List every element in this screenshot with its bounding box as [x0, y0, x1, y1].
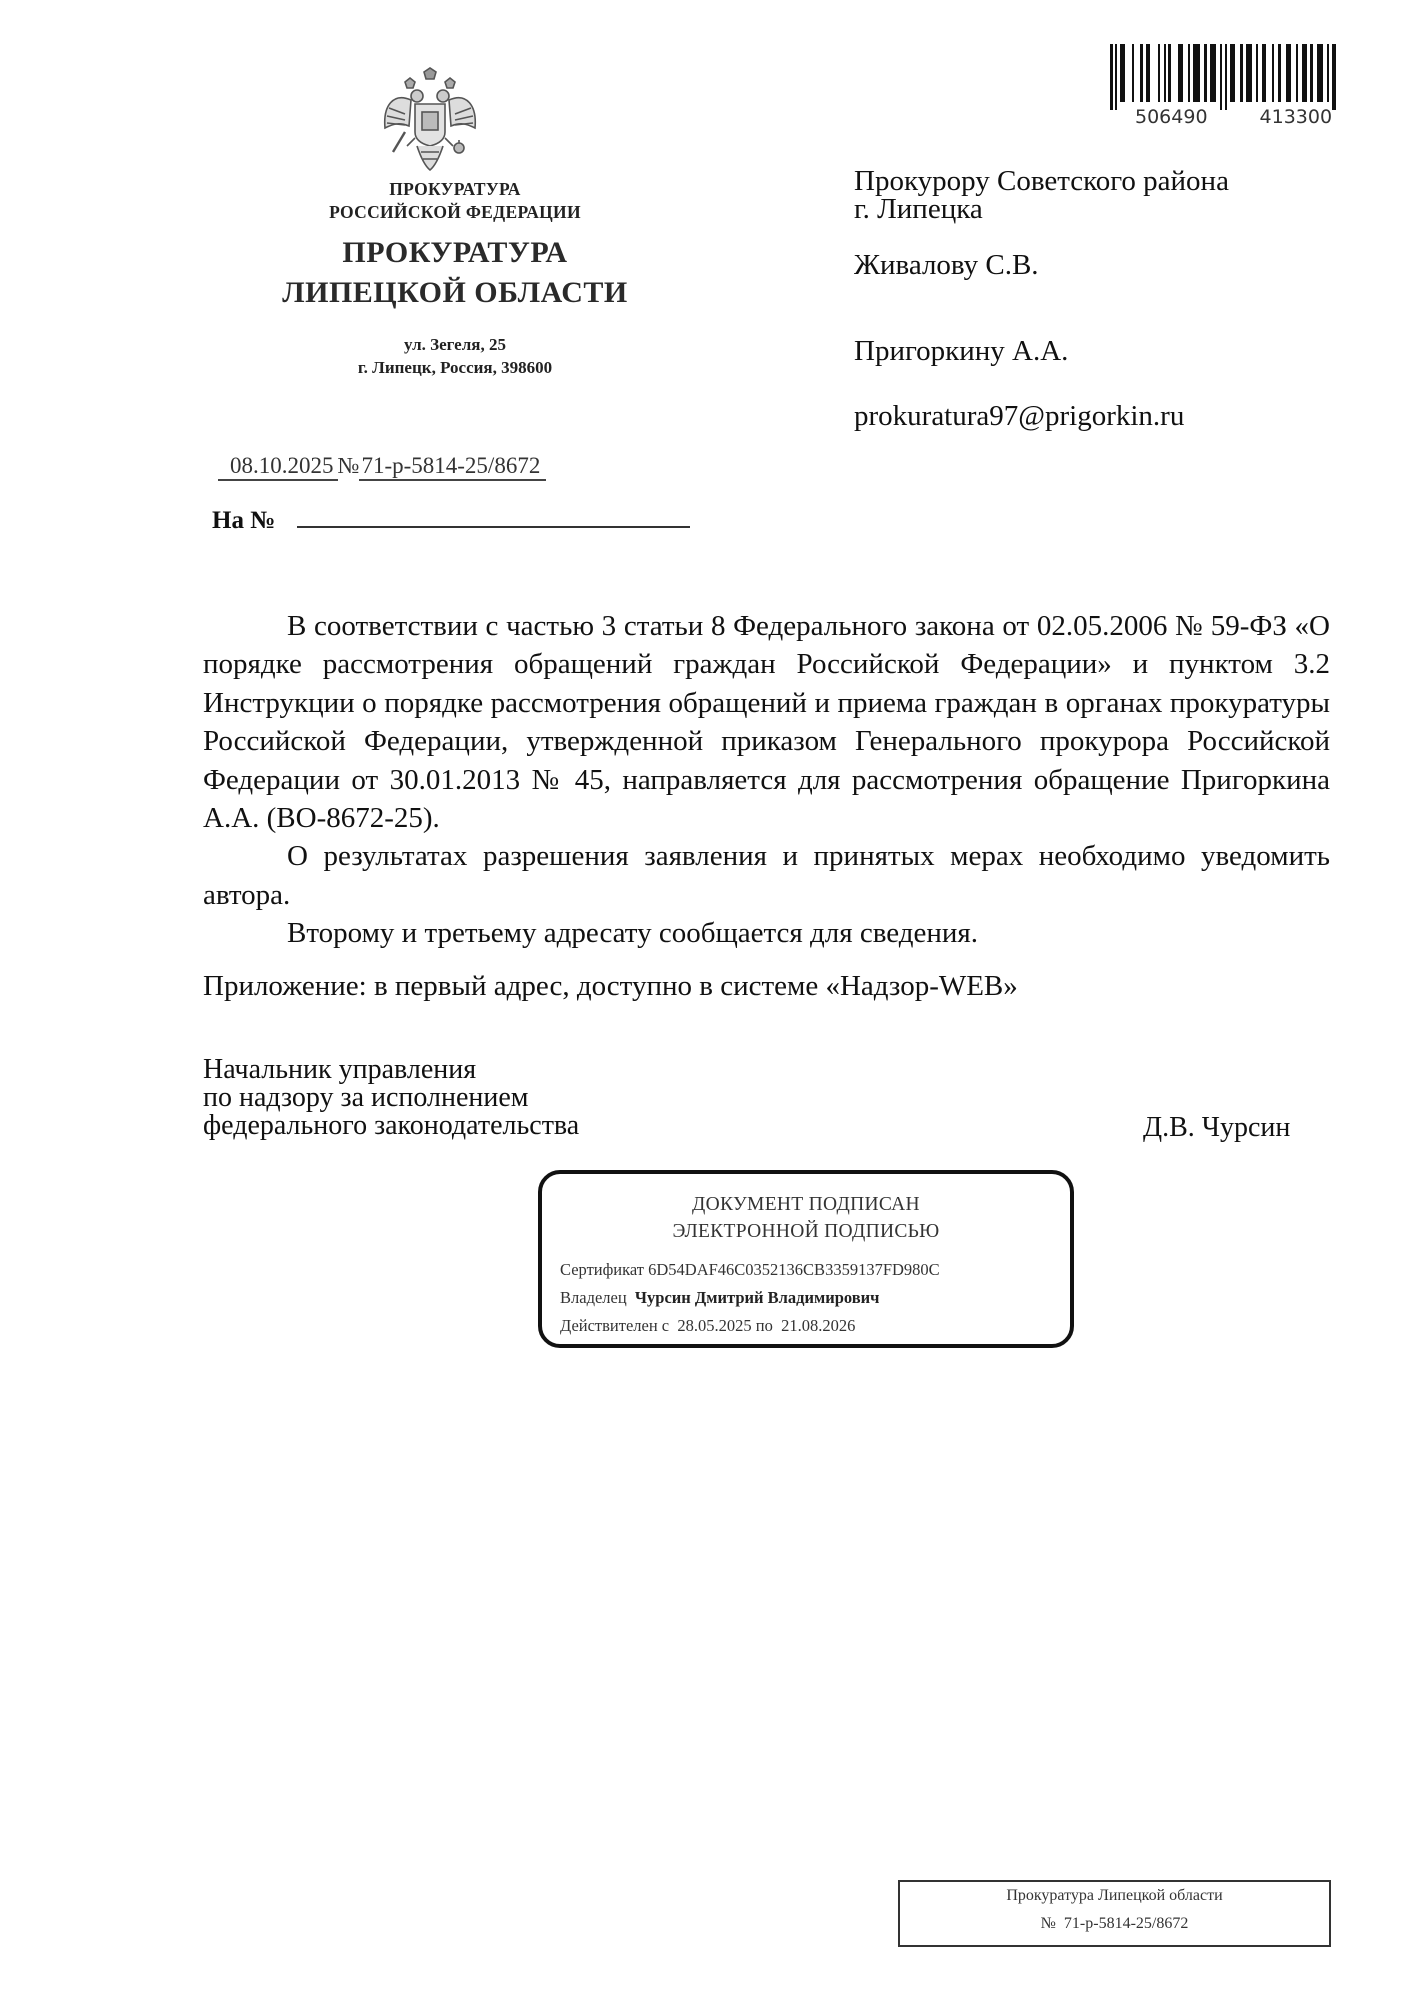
stamp-heading-line2: ЭЛЕКТРОННОЙ ПОДПИСЬЮ — [542, 1218, 1070, 1245]
addressee-email[interactable]: prokuratura97@prigorkin.ru — [854, 402, 1184, 430]
org-address: ул. Зегеля, 25 г. Липецк, Россия, 398600 — [290, 333, 620, 379]
barcode-digits: 506490413300 — [1135, 106, 1332, 128]
reply-to-label: На № — [212, 507, 275, 534]
stamp-heading: ДОКУМЕНТ ПОДПИСАН ЭЛЕКТРОННОЙ ПОДПИСЬЮ — [542, 1191, 1070, 1245]
e-signature-stamp: ДОКУМЕНТ ПОДПИСАН ЭЛЕКТРОННОЙ ПОДПИСЬЮ С… — [538, 1170, 1074, 1348]
body-paragraph-2: О результатах разрешения заявления и при… — [203, 837, 1330, 914]
number-sign: № — [338, 453, 360, 478]
signer-title-line1: Начальник управления — [203, 1056, 579, 1084]
stamp-owner: Владелец Чурсин Дмитрий Владимирович — [560, 1288, 880, 1308]
letter-body: В соответствии с частью 3 статьи 8 Федер… — [203, 607, 1330, 953]
valid-to-date: 21.08.2026 — [781, 1316, 855, 1335]
signer-name: Д.В. Чурсин — [1143, 1112, 1290, 1144]
org-parent-line1: ПРОКУРАТУРА — [290, 178, 620, 201]
attachment-note: Приложение: в первый адрес, доступно в с… — [203, 970, 1018, 1003]
outgoing-date: 08.10.2025 — [218, 453, 338, 481]
org-parent-line2: РОССИЙСКОЙ ФЕДЕРАЦИИ — [290, 201, 620, 224]
signer-title-line2: по надзору за исполнением — [203, 1084, 579, 1112]
outgoing-registration: 08.10.2025№71-р-5814-25/8672 — [218, 453, 546, 481]
registration-org: Прокуратура Липецкой области — [900, 1882, 1329, 1910]
stamp-certificate: Сертификат 6D54DAF46C0352136CB3359137FD9… — [560, 1260, 940, 1280]
signer-title-line3: федерального законодательства — [203, 1112, 579, 1140]
org-name-line2: ЛИПЕЦКОЙ ОБЛАСТИ — [240, 273, 670, 313]
registration-number-line: № 71-р-5814-25/8672 — [900, 1910, 1329, 1938]
org-parent-name: ПРОКУРАТУРА РОССИЙСКОЙ ФЕДЕРАЦИИ — [290, 178, 620, 224]
addressee-3: Пригоркину А.А. — [854, 337, 1068, 365]
valid-to-label: по — [756, 1316, 773, 1335]
address-line1: ул. Зегеля, 25 — [290, 333, 620, 356]
body-paragraph-3: Второму и третьему адресату сообщается д… — [203, 914, 1330, 952]
reply-to-blank-line — [297, 504, 690, 528]
outgoing-number: 71-р-5814-25/8672 — [359, 453, 546, 481]
registration-box: Прокуратура Липецкой области № 71-р-5814… — [898, 1880, 1331, 1947]
registration-number-sign: № — [1041, 1915, 1056, 1932]
barcode-icon — [1110, 44, 1340, 114]
stamp-heading-line1: ДОКУМЕНТ ПОДПИСАН — [542, 1191, 1070, 1218]
barcode-right-digits: 413300 — [1260, 106, 1333, 128]
valid-from-label: Действителен с — [560, 1316, 669, 1335]
reply-to-field: На № — [212, 504, 690, 535]
addressee-1-line2: г. Липецка — [854, 195, 1229, 223]
addressee-2: Живалову С.В. — [854, 251, 1039, 279]
certificate-value: 6D54DAF46C0352136CB3359137FD980C — [648, 1260, 940, 1279]
owner-value: Чурсин Дмитрий Владимирович — [635, 1288, 880, 1307]
barcode-left-digits: 506490 — [1135, 106, 1208, 128]
signer-title: Начальник управления по надзору за испол… — [203, 1056, 579, 1140]
valid-from-date: 28.05.2025 — [677, 1316, 751, 1335]
owner-label: Владелец — [560, 1288, 627, 1307]
coat-of-arms-icon — [375, 66, 485, 176]
org-name: ПРОКУРАТУРА ЛИПЕЦКОЙ ОБЛАСТИ — [240, 233, 670, 313]
registration-number: 71-р-5814-25/8672 — [1064, 1915, 1188, 1932]
address-line2: г. Липецк, Россия, 398600 — [290, 356, 620, 379]
stamp-validity: Действителен с 28.05.2025 по 21.08.2026 — [560, 1316, 855, 1336]
body-paragraph-1: В соответствии с частью 3 статьи 8 Федер… — [203, 607, 1330, 837]
addressee-1-line1: Прокурору Советского района — [854, 167, 1229, 195]
certificate-label: Сертификат — [560, 1260, 644, 1279]
org-name-line1: ПРОКУРАТУРА — [240, 233, 670, 273]
addressee-1: Прокурору Советского района г. Липецка — [854, 167, 1229, 223]
